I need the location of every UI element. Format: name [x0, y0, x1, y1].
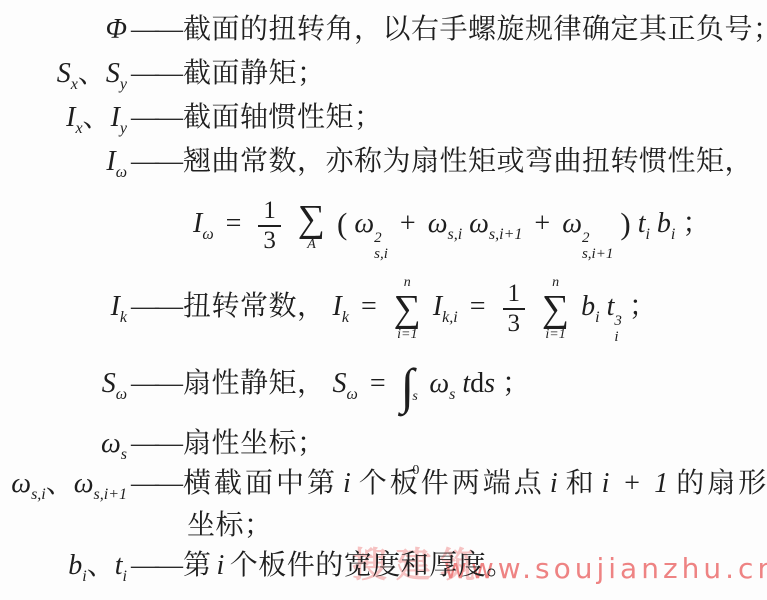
- open-paren: (: [337, 206, 347, 241]
- symbol-t: t: [115, 550, 123, 581]
- formula-iw-lhs: I: [193, 208, 202, 239]
- equals-sign: =: [361, 291, 377, 322]
- symbol-w2: ω: [74, 468, 94, 499]
- definition-row-wsi: ωs,i、ωs,i+1——横截面中第i个板件两端点i和i + 1的扇形: [0, 464, 767, 504]
- definition-text-i: 截面轴惯性矩；: [183, 102, 383, 133]
- dash-connector: ——: [127, 266, 183, 348]
- symbol-iw-sub: ω: [116, 164, 127, 181]
- symbol-sw-glyph: S: [102, 368, 116, 399]
- symbol-sw: Sω: [0, 347, 127, 432]
- text-fragment: 和: [566, 468, 597, 499]
- symbol-w1: ω: [11, 468, 31, 499]
- math-i: i: [550, 468, 561, 499]
- symbol-i1-sub: x: [75, 120, 82, 137]
- definition-row-iw: Iω——翘曲常数，亦称为扇性矩或弯曲扭转惯性矩，: [0, 144, 767, 180]
- omega-term-3: ω: [469, 208, 489, 239]
- plus-sign: +: [400, 208, 416, 239]
- subscript: i: [671, 226, 675, 243]
- dash-connector: ——: [127, 548, 183, 584]
- symbol-separator: 、: [46, 468, 74, 499]
- symbol-s1: S: [57, 58, 71, 89]
- dash-connector: ——: [127, 12, 183, 48]
- integral-upper-limit: s: [412, 360, 419, 434]
- semicolon: ；: [682, 208, 710, 239]
- document-page: 搜建筑 www.soujianzhu.cn Φ——截面的扭转角，以右手螺旋规律确…: [0, 0, 767, 600]
- symbol-phi-glyph: Φ: [106, 14, 127, 45]
- math-i: i: [343, 468, 354, 499]
- formula-ik-mid: I: [433, 291, 442, 322]
- s-variable: s: [484, 368, 495, 399]
- symbol-separator: 、: [83, 102, 111, 133]
- definition-text-bt: 第i个板件的宽度和厚度。: [183, 550, 515, 581]
- dash-connector: ——: [127, 144, 183, 180]
- omega-term-4-scripts: 2s,i+1: [582, 231, 613, 263]
- symbol-phi: Φ: [0, 12, 127, 48]
- sigma-icon: ∑: [298, 200, 325, 238]
- dash-connector: ——: [127, 347, 183, 421]
- definition-text-ik: 扭转常数，: [183, 291, 326, 322]
- text-fragment: 的扇形: [676, 468, 767, 499]
- symbol-sx-sy: Sx、Sy: [0, 56, 127, 103]
- definition-text-phi: 截面的扭转角，以右手螺旋规律确定其正负号；: [183, 14, 767, 45]
- symbol-i2-sub: y: [120, 120, 127, 137]
- definition-row-wsi-line2: 坐标；: [187, 508, 767, 544]
- fraction-denominator: 3: [508, 310, 521, 338]
- symbol-i2: I: [111, 102, 120, 133]
- definition-text-wsi: 横截面中第i个板件两端点i和i + 1的扇形: [183, 468, 767, 499]
- text-fragment: 横截面中第: [183, 468, 338, 499]
- symbol-wsi: ωs,i、ωs,i+1: [0, 464, 127, 515]
- symbol-ix-iy: Ix、Iy: [0, 100, 127, 147]
- subscript: s,i+1: [582, 247, 613, 263]
- dash-connector: ——: [127, 56, 183, 92]
- definition-row-phi: Φ——截面的扭转角，以右手螺旋规律确定其正负号；: [0, 12, 767, 48]
- formula-sw-lhs: S: [333, 368, 347, 399]
- text-fragment: 个板件的宽度和厚度。: [230, 550, 515, 581]
- semicolon: ；: [629, 291, 657, 322]
- definition-text-wsi-continued: 坐标；: [187, 510, 273, 541]
- close-paren: ): [620, 206, 630, 241]
- sigma-icon: ∑: [542, 290, 569, 328]
- formula-iw-lhs-sub: ω: [202, 226, 213, 243]
- summation-over-A: ∑A: [298, 200, 325, 252]
- differential-d: d: [470, 368, 484, 399]
- definition-text-sw: 扇性静矩，: [183, 368, 326, 399]
- symbol-ik-glyph: I: [111, 291, 120, 322]
- symbol-s2-sub: y: [120, 76, 127, 93]
- symbol-iw: Iω: [0, 144, 127, 191]
- subscript: i: [645, 226, 649, 243]
- omega-term-2: ω: [428, 208, 448, 239]
- summation-lower-limit: i=1: [397, 328, 417, 342]
- semicolon: ；: [502, 368, 530, 399]
- integral-0-to-s: ∫s0: [401, 360, 420, 412]
- plus-sign: +: [534, 208, 550, 239]
- fraction-one-third: 13: [258, 197, 281, 255]
- definition-text-ws: 扇性坐标；: [183, 428, 326, 459]
- symbol-ik-sub: k: [120, 309, 127, 326]
- definition-row-ik: Ik——扭转常数， Ik = n∑i=1 Ik,i = 13 n∑i=1 bi …: [0, 266, 767, 348]
- fraction-numerator: 1: [258, 197, 281, 227]
- superscript: 3: [614, 314, 622, 330]
- symbol-separator: 、: [78, 58, 106, 89]
- symbol-b: b: [68, 550, 82, 581]
- definition-row-sw: Sω——扇性静矩， Sω = ∫s0 ωs tds ；: [0, 347, 767, 421]
- text-fragment: 第: [183, 550, 212, 581]
- subscript: i: [614, 330, 618, 346]
- sigma-icon: ∑: [394, 290, 421, 328]
- symbol-iw-glyph: I: [106, 146, 115, 177]
- symbol-w2-sub: s,i+1: [94, 486, 127, 503]
- summation-lower-limit: A: [307, 238, 316, 252]
- omega-term-4: ω: [562, 208, 582, 239]
- subscript: k,i: [442, 309, 458, 326]
- summation-i-to-n: n∑i=1: [394, 276, 421, 342]
- subscript: k: [342, 309, 349, 326]
- subscript: s,i: [447, 226, 462, 243]
- symbol-bt: bi、ti: [0, 548, 127, 595]
- symbol-s1-sub: x: [71, 76, 78, 93]
- math-i-plus-1: i + 1: [602, 468, 672, 499]
- equals-sign: =: [470, 291, 486, 322]
- dash-connector: ——: [127, 464, 183, 504]
- omega-term-1-scripts: 2s,i: [374, 231, 388, 263]
- b-term: b: [581, 291, 595, 322]
- formula-ik-lhs: I: [333, 291, 342, 322]
- dash-connector: ——: [127, 100, 183, 136]
- omega-term-1: ω: [354, 208, 374, 239]
- fraction-denominator: 3: [263, 227, 276, 255]
- definition-row-s: Sx、Sy——截面静矩；: [0, 56, 767, 92]
- definition-row-ws: ωs——扇性坐标；: [0, 426, 767, 462]
- definition-row-i: Ix、Iy——截面轴惯性矩；: [0, 100, 767, 136]
- definition-text-s: 截面静矩；: [183, 58, 326, 89]
- subscript: s,i: [374, 247, 388, 263]
- subscript: i: [595, 309, 599, 326]
- dash-connector: ——: [127, 426, 183, 462]
- equals-sign: =: [370, 368, 386, 399]
- subscript: s: [449, 386, 455, 403]
- symbol-sw-sub: ω: [116, 386, 127, 403]
- b-term: b: [657, 208, 671, 239]
- definition-text-iw: 翘曲常数，亦称为扇性矩或弯曲扭转惯性矩，: [183, 146, 753, 177]
- fraction-one-third: 13: [503, 280, 526, 338]
- symbol-separator: 、: [87, 550, 115, 581]
- math-i: i: [217, 550, 225, 581]
- equals-sign: =: [226, 208, 242, 239]
- summation-i-to-n: n∑i=1: [542, 276, 569, 342]
- t-term: t: [462, 368, 470, 399]
- text-fragment: 个板件两端点: [359, 468, 545, 499]
- subscript: s,i+1: [489, 226, 522, 243]
- formula-iw: Iω = 13 ∑A ( ω2s,i + ωs,i ωs,i+1 + ω2s,i…: [193, 184, 767, 264]
- t-term-scripts: 3i: [614, 314, 622, 346]
- summation-lower-limit: i=1: [545, 328, 565, 342]
- superscript: 2: [582, 231, 590, 247]
- symbol-ws-glyph: ω: [101, 428, 121, 459]
- fraction-numerator: 1: [503, 280, 526, 310]
- symbol-s2: S: [106, 58, 120, 89]
- superscript: 2: [374, 231, 382, 247]
- omega-term: ω: [429, 368, 449, 399]
- subscript: ω: [347, 386, 358, 403]
- symbol-w1-sub: s,i: [31, 486, 46, 503]
- symbol-ik: Ik: [0, 266, 127, 359]
- definition-row-bt: bi、ti——第i个板件的宽度和厚度。: [0, 548, 767, 584]
